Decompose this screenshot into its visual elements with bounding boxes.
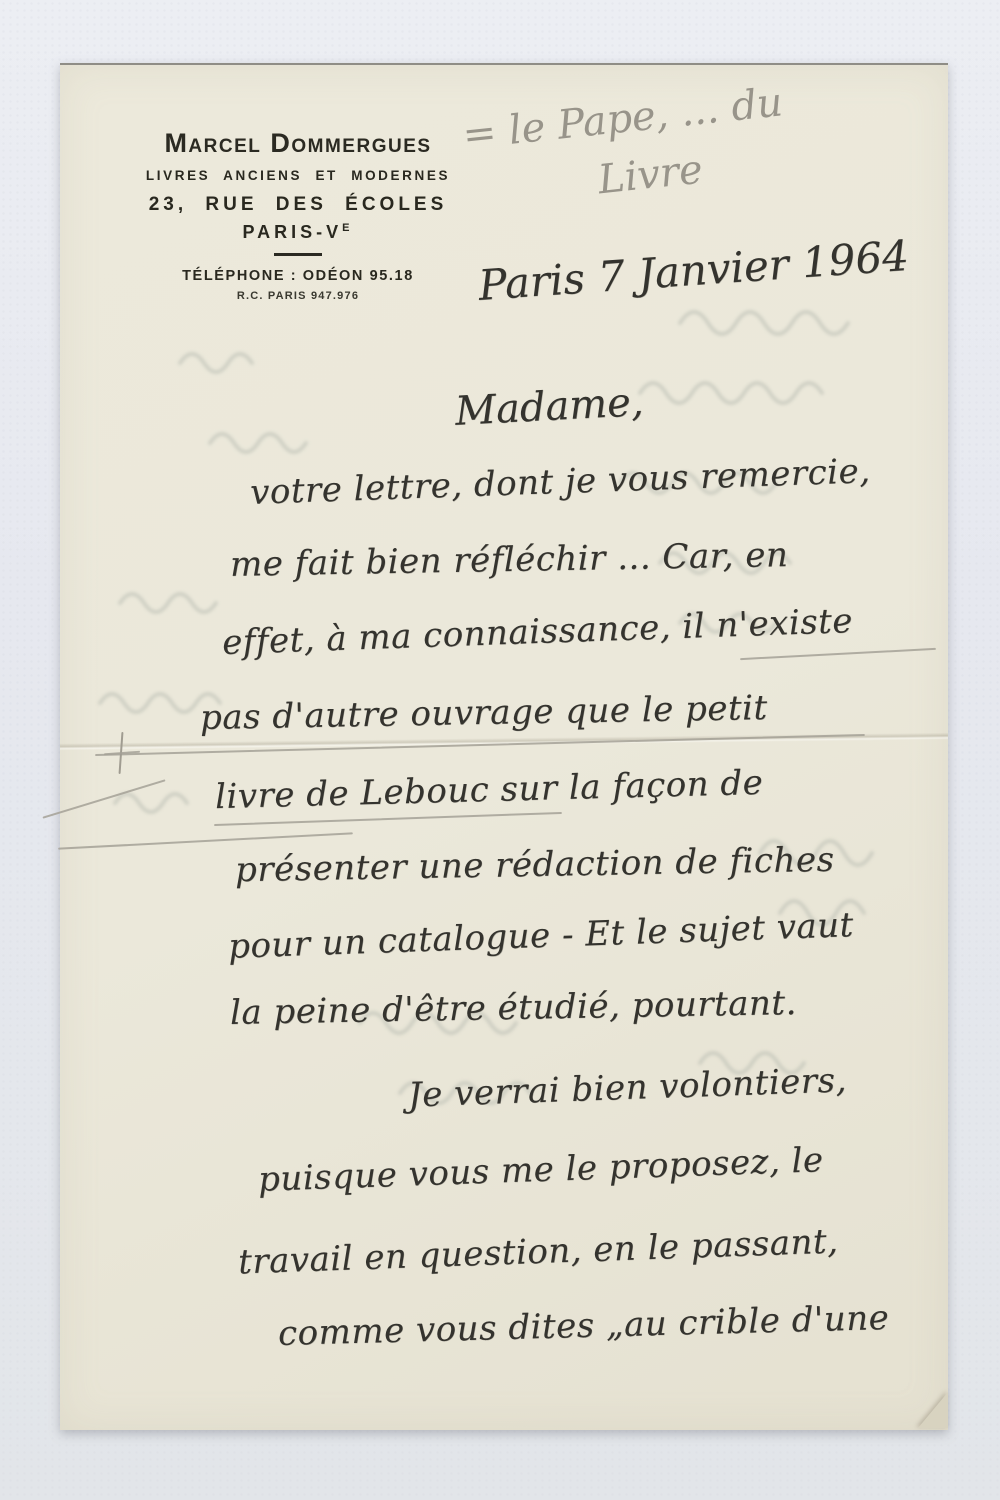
letterhead-city-text: PARIS-V	[242, 222, 342, 242]
letterhead-address: 23, RUE DES ÉCOLES	[138, 194, 458, 216]
photograph-of-letter: Marcel Dommergues LIVRES ANCIENS ET MODE…	[0, 0, 1000, 1500]
letterhead-city: PARIS-VE	[138, 222, 458, 243]
salutation: Madame,	[454, 379, 645, 435]
letterhead-rule	[274, 253, 322, 256]
letterhead-subtitle: LIVRES ANCIENS ET MODERNES	[138, 168, 458, 183]
letterhead-phone: TÉLÉPHONE : ODÉON 95.18	[138, 268, 458, 284]
letterhead-registration: R.C. PARIS 947.976	[138, 290, 458, 302]
letterhead-city-sup: E	[342, 222, 353, 234]
letterhead: Marcel Dommergues LIVRES ANCIENS ET MODE…	[138, 128, 458, 302]
letterhead-name: Marcel Dommergues	[138, 128, 458, 159]
